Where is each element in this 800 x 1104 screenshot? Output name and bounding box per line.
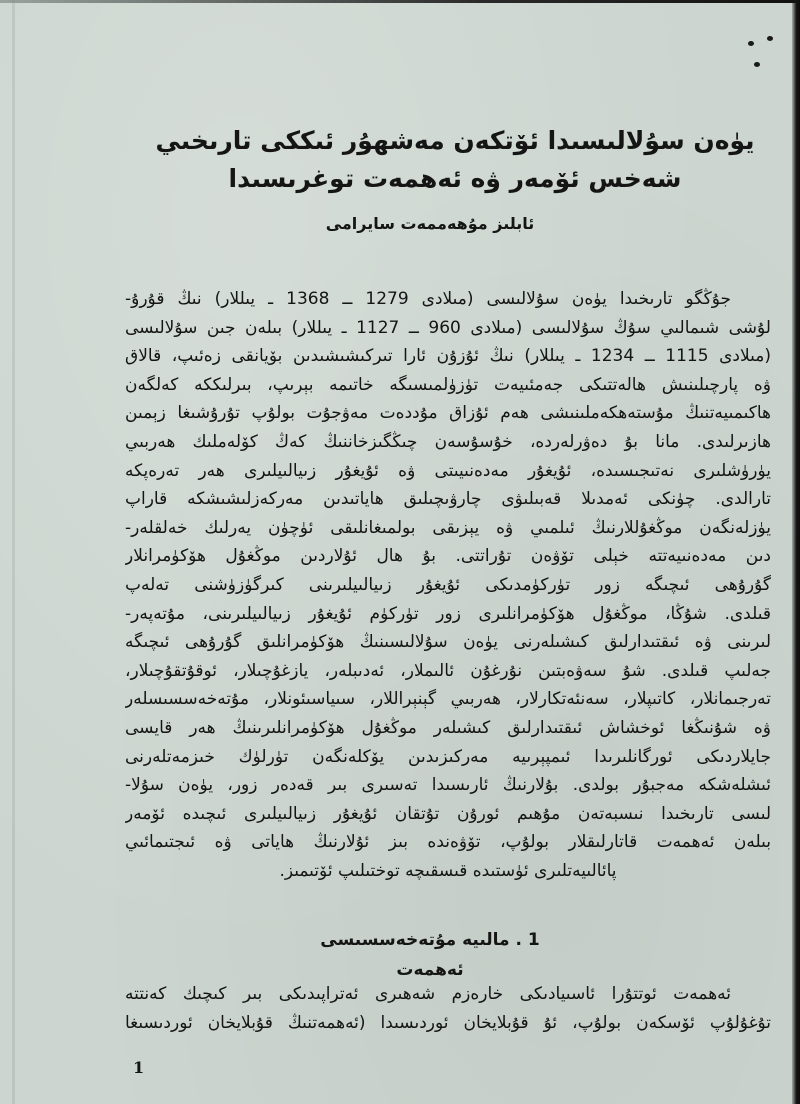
- article-title-line-2: شەخس ئۆمەر ۋە ئەھمەت توغرىسىدا: [150, 158, 760, 200]
- body-paragraph-1: جۇڭگو تارىخىدا يۈەن سۇلالىسى (مىلادى 127…: [125, 285, 771, 885]
- text-line: ۋە پارچىلىنىش ھالەتتىكى جەمئىيەت تۈزۈلمى…: [125, 371, 771, 400]
- text-line: تەرجىمانلار، كاتىپلار، سەنئەتكارلار، ھەر…: [125, 685, 771, 714]
- scan-top-edge: [0, 0, 800, 3]
- text-line: ئەھمەت ئوتتۇرا ئاسىيادىكى خارەزم شەھىرى …: [125, 980, 771, 1009]
- text-line: گۇرۇھى ئىچىگە زور تۈركۈمدىكى ئۇيغۇر زىيا…: [125, 571, 771, 600]
- scan-fold-shadow: [12, 0, 15, 1104]
- scanned-page: يۈەن سۇلالىسىدا ئۆتكەن مەشھۇر ئىككى تارى…: [0, 0, 800, 1104]
- text-line: يۈرۈشلىرى نەتىجىسىدە، ئۇيغۇر مەدەنىيىتى …: [125, 457, 771, 486]
- text-line: پائالىيەتلىرى ئۈستىدە قىسقىچە توختىلىپ ئ…: [125, 857, 771, 886]
- text-line: يۈزلەنگەن موڭغۇللارنىڭ ئىلمىي ۋە يېزىقى …: [125, 514, 771, 543]
- ink-speck: [767, 36, 773, 41]
- author-name: ئابلىز مۇھەممەت سايرامى: [250, 210, 610, 238]
- text-line: لىرىنى ۋە ئىقتىدارلىق كىشىلەرنى يۈەن سۇل…: [125, 628, 771, 657]
- text-line: ۋە شۇنىڭغا ئوخشاش ئىقتىدارلىق كىشىلەر مو…: [125, 714, 771, 743]
- ink-speck: [748, 41, 754, 46]
- text-line: ئىشلەشكە مەجبۇر بولدى. بۇلارنىڭ ئارىسىدا…: [125, 771, 771, 800]
- text-line: جايلاردىكى ئورگانلىرىدا ئىمپېرىيە مەركىز…: [125, 743, 771, 772]
- page-number: 1: [133, 1058, 144, 1077]
- text-line: تۇغۇلۇپ ئۆسكەن بولۇپ، ئۇ قۇبلايخان ئوردى…: [125, 1009, 771, 1038]
- body-paragraph-2: ئەھمەت ئوتتۇرا ئاسىيادىكى خارەزم شەھىرى …: [125, 980, 771, 1037]
- ink-speck: [754, 62, 760, 67]
- text-line: لۇشى شىمالىي سۇڭ سۇلالىسى (مىلادى 960 ــ…: [125, 314, 771, 343]
- text-line: قىلدى. شۇڭا، موڭغۇل ھۆكۈمرانلىرى زور تۈر…: [125, 600, 771, 629]
- text-line: جۇڭگو تارىخىدا يۈەن سۇلالىسى (مىلادى 127…: [125, 285, 771, 314]
- text-line: (مىلادى 1115 ــ 1234 ـ يىللار) نىڭ ئۇزۇن…: [125, 342, 771, 371]
- text-line: بىلەن ئەھمەت قاتارلىقلار بولۇپ، تۆۋەندە …: [125, 828, 771, 857]
- text-line: لىسى تارىخىدا نىسبەتەن مۇھىم ئورۇن تۇتقا…: [125, 800, 771, 829]
- text-line: جەلىپ قىلدى. شۇ سەۋەبتىن نۇرغۇن ئالىملار…: [125, 657, 771, 686]
- section-heading: 1 . مالىيە مۇتەخەسسىسى ئەھمەت: [300, 925, 560, 985]
- text-line: تارالدى. چۈنكى ئەمدىلا قەبىلىۋى چارۋىچىل…: [125, 485, 771, 514]
- text-line: ھاكىمىيەتنىڭ مۇستەھكەملىنىشى ھەم ئۇزاق م…: [125, 399, 771, 428]
- scan-right-edge: [792, 0, 800, 1104]
- text-line: دىن مەدەنىيەتتە خېلى تۆۋەن تۇراتتى. بۇ ھ…: [125, 542, 771, 571]
- text-line: ھازىرلىدى. مانا بۇ دەۋرلەردە، خۇسۇسەن چى…: [125, 428, 771, 457]
- article-title-line-1: يۈەن سۇلالىسىدا ئۆتكەن مەشھۇر ئىككى تارى…: [150, 120, 760, 162]
